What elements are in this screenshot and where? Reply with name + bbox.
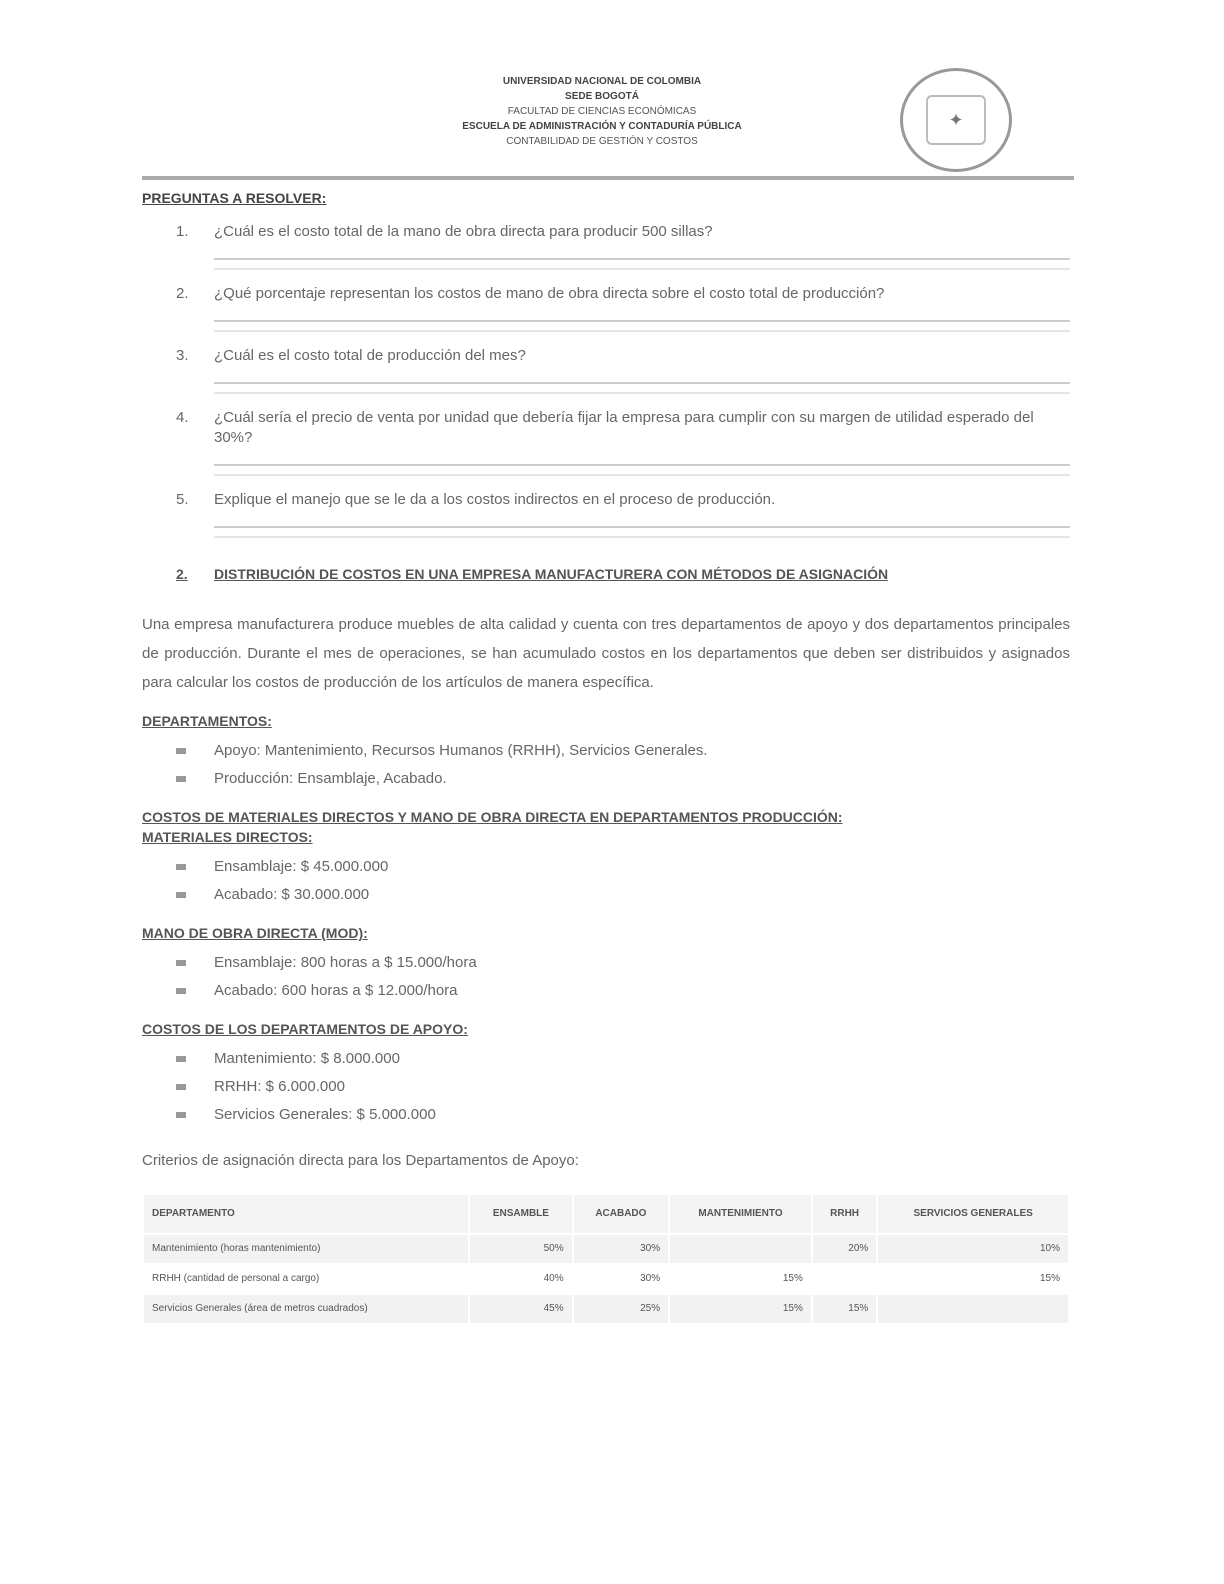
question-number: 4. — [176, 408, 214, 448]
question-item: 1.¿Cuál es el costo total de la mano de … — [142, 222, 1070, 270]
bullet-icon — [176, 1073, 214, 1101]
list-item: Ensamblaje: $ 45.000.000 — [176, 853, 1070, 881]
bullet-icon — [176, 853, 214, 881]
table-cell: 15% — [812, 1294, 877, 1324]
question-text: ¿Cuál es el costo total de producción de… — [214, 346, 1070, 366]
header-line: FACULTAD DE CIENCIAS ECONÓMICAS — [322, 104, 882, 119]
question-number: 1. — [176, 222, 214, 242]
table-cell: 40% — [469, 1264, 572, 1294]
question-text: ¿Qué porcentaje representan los costos d… — [214, 284, 1070, 304]
problem-statement: Una empresa manufacturera produce mueble… — [142, 610, 1070, 697]
direct-materials-label: MATERIALES DIRECTOS: — [142, 827, 1070, 847]
table-row: Mantenimiento (horas mantenimiento) 50% … — [143, 1234, 1069, 1264]
question-item: 2.¿Qué porcentaje representan los costos… — [142, 284, 1070, 332]
column-header: RRHH — [812, 1194, 877, 1234]
table-cell: 50% — [469, 1234, 572, 1264]
table-cell: 30% — [573, 1264, 669, 1294]
question-text: Explique el manejo que se le da a los co… — [214, 490, 1070, 510]
table-caption: Criterios de asignación directa para los… — [142, 1151, 1070, 1171]
table-cell: Servicios Generales (área de metros cuad… — [143, 1294, 469, 1324]
list-item-text: Servicios Generales: $ 5.000.000 — [214, 1101, 436, 1129]
question-item: 4.¿Cuál sería el precio de venta por uni… — [142, 408, 1070, 476]
header-line: CONTABILIDAD DE GESTIÓN Y COSTOS — [322, 134, 882, 149]
bullet-icon — [176, 977, 214, 1005]
header-divider — [142, 176, 1074, 180]
table-row: Servicios Generales (área de metros cuad… — [143, 1294, 1069, 1324]
header-line: SEDE BOGOTÁ — [322, 89, 882, 104]
section-title: DISTRIBUCIÓN DE COSTOS EN UNA EMPRESA MA… — [214, 564, 888, 584]
list-item-text: Ensamblaje: $ 45.000.000 — [214, 853, 388, 881]
question-text: ¿Cuál es el costo total de la mano de ob… — [214, 222, 1070, 242]
list-item-text: Acabado: $ 30.000.000 — [214, 881, 369, 909]
table-cell — [669, 1234, 812, 1264]
table-cell — [877, 1294, 1069, 1324]
column-header: ENSAMBLE — [469, 1194, 572, 1234]
list-item: Ensamblaje: 800 horas a $ 15.000/hora — [176, 949, 1070, 977]
table-header-row: DEPARTAMENTO ENSAMBLE ACABADO MANTENIMIE… — [143, 1194, 1069, 1234]
bullet-icon — [176, 765, 214, 793]
list-item: Apoyo: Mantenimiento, Recursos Humanos (… — [176, 737, 1070, 765]
list-item-text: Producción: Ensamblaje, Acabado. — [214, 765, 447, 793]
list-item: Mantenimiento: $ 8.000.000 — [176, 1045, 1070, 1073]
list-item: Acabado: $ 30.000.000 — [176, 881, 1070, 909]
column-header: SERVICIOS GENERALES — [877, 1194, 1069, 1234]
table-row: RRHH (cantidad de personal a cargo) 40% … — [143, 1264, 1069, 1294]
support-costs-list: Mantenimiento: $ 8.000.000 RRHH: $ 6.000… — [142, 1045, 1070, 1129]
support-costs-label: COSTOS DE LOS DEPARTAMENTOS DE APOYO: — [142, 1019, 1070, 1039]
bullet-icon — [176, 737, 214, 765]
list-item: Servicios Generales: $ 5.000.000 — [176, 1101, 1070, 1129]
answer-line[interactable] — [214, 464, 1070, 476]
answer-line[interactable] — [214, 258, 1070, 270]
header-line: ESCUELA DE ADMINISTRACIÓN Y CONTADURÍA P… — [322, 119, 882, 134]
departments-label: DEPARTAMENTOS: — [142, 711, 1070, 731]
bullet-icon — [176, 1101, 214, 1129]
table-cell: 15% — [669, 1264, 812, 1294]
answer-line[interactable] — [214, 526, 1070, 538]
section-heading: 2. DISTRIBUCIÓN DE COSTOS EN UNA EMPRESA… — [176, 564, 1070, 584]
answer-line[interactable] — [214, 320, 1070, 332]
table-cell: 10% — [877, 1234, 1069, 1264]
column-header: MANTENIMIENTO — [669, 1194, 812, 1234]
list-item: RRHH: $ 6.000.000 — [176, 1073, 1070, 1101]
table-cell: 45% — [469, 1294, 572, 1324]
answer-line[interactable] — [214, 382, 1070, 394]
list-item-text: Ensamblaje: 800 horas a $ 15.000/hora — [214, 949, 477, 977]
table-cell: 30% — [573, 1234, 669, 1264]
document-body: PREGUNTAS A RESOLVER: 1.¿Cuál es el cost… — [142, 188, 1070, 1325]
list-item-text: Acabado: 600 horas a $ 12.000/hora — [214, 977, 458, 1005]
table-cell: Mantenimiento (horas mantenimiento) — [143, 1234, 469, 1264]
document-header: UNIVERSIDAD NACIONAL DE COLOMBIA SEDE BO… — [142, 70, 1070, 178]
column-header: ACABADO — [573, 1194, 669, 1234]
labor-label: MANO DE OBRA DIRECTA (MOD): — [142, 923, 1070, 943]
question-number: 5. — [176, 490, 214, 510]
direct-materials-list: Ensamblaje: $ 45.000.000 Acabado: $ 30.0… — [142, 853, 1070, 909]
table-cell — [812, 1264, 877, 1294]
questions-title: PREGUNTAS A RESOLVER: — [142, 188, 1070, 208]
list-item: Acabado: 600 horas a $ 12.000/hora — [176, 977, 1070, 1005]
allocation-table: DEPARTAMENTO ENSAMBLE ACABADO MANTENIMIE… — [142, 1193, 1070, 1325]
header-line: UNIVERSIDAD NACIONAL DE COLOMBIA — [322, 74, 882, 89]
institution-header: UNIVERSIDAD NACIONAL DE COLOMBIA SEDE BO… — [322, 74, 882, 149]
bullet-icon — [176, 881, 214, 909]
list-item-text: Apoyo: Mantenimiento, Recursos Humanos (… — [214, 737, 708, 765]
question-number: 3. — [176, 346, 214, 366]
departments-list: Apoyo: Mantenimiento, Recursos Humanos (… — [142, 737, 1070, 793]
bullet-icon — [176, 949, 214, 977]
labor-list: Ensamblaje: 800 horas a $ 15.000/hora Ac… — [142, 949, 1070, 1005]
seal-emblem-icon: ✦ — [926, 95, 986, 145]
column-header: DEPARTAMENTO — [143, 1194, 469, 1234]
table-cell: 15% — [669, 1294, 812, 1324]
table-cell: 25% — [573, 1294, 669, 1324]
direct-costs-label: COSTOS DE MATERIALES DIRECTOS Y MANO DE … — [142, 807, 1070, 827]
table-cell: RRHH (cantidad de personal a cargo) — [143, 1264, 469, 1294]
question-number: 2. — [176, 284, 214, 304]
question-text: ¿Cuál sería el precio de venta por unida… — [214, 408, 1070, 448]
list-item-text: RRHH: $ 6.000.000 — [214, 1073, 345, 1101]
list-item-text: Mantenimiento: $ 8.000.000 — [214, 1045, 400, 1073]
list-item: Producción: Ensamblaje, Acabado. — [176, 765, 1070, 793]
question-item: 5.Explique el manejo que se le da a los … — [142, 490, 1070, 538]
section-number: 2. — [176, 564, 214, 584]
question-item: 3.¿Cuál es el costo total de producción … — [142, 346, 1070, 394]
bullet-icon — [176, 1045, 214, 1073]
table-cell: 20% — [812, 1234, 877, 1264]
university-seal-icon: ✦ — [900, 68, 1012, 172]
table-cell: 15% — [877, 1264, 1069, 1294]
